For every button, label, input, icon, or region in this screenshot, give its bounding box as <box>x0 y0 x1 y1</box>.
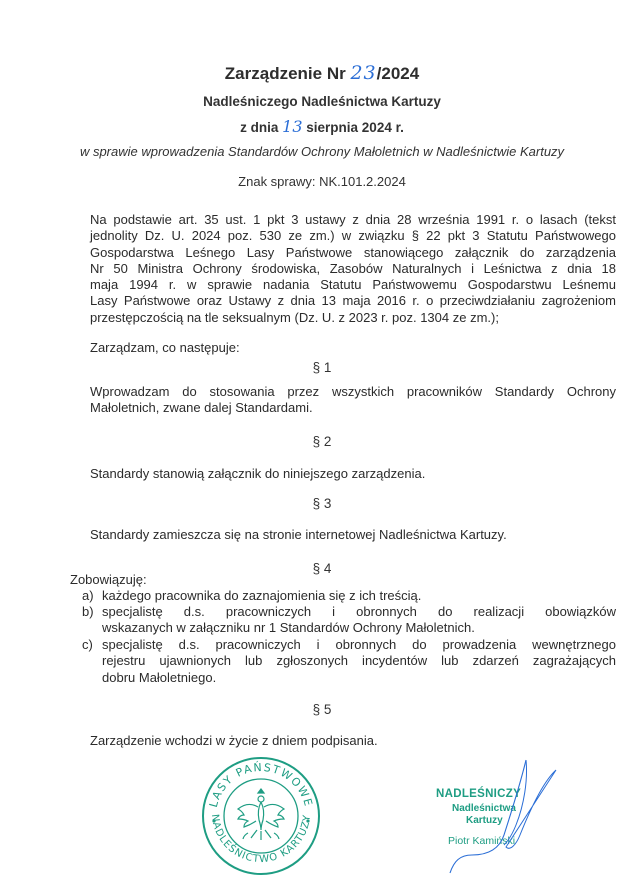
case-reference: Znak sprawy: NK.101.2.2024 <box>0 174 644 189</box>
basis-line: Na podstawie art. 35 ust. 1 pkt 3 ustawy… <box>90 212 616 228</box>
list-line: dobru Małoletniego. <box>102 670 616 686</box>
section-heading-3: § 3 <box>0 496 644 511</box>
list-line: rejestru ujawnionych lub zgłoszonych inc… <box>102 653 616 669</box>
section-line: Standardy stanowią załącznik do niniejsz… <box>90 466 616 482</box>
title-prefix: Zarządzenie Nr <box>225 64 346 83</box>
obligation-intro: Zobowiązuję: <box>70 572 147 587</box>
section-5-text: Zarządzenie wchodzi w życie z dniem podp… <box>90 733 378 748</box>
list-marker: a) <box>82 588 94 604</box>
basis-line: Lasy Państwowe oraz Ustawy z dnia 13 maj… <box>90 293 616 309</box>
official-round-stamp: LASY PAŃSTWOWE NADLEŚNICTWO KARTUZY <box>200 755 322 877</box>
basis-line: jednolity Dz. U. 2024 poz. 530 ze zm.) w… <box>90 228 616 244</box>
basis-line: Gospodarstwa Leśnego Lasy Państwowe stan… <box>90 245 616 261</box>
section-line: Małoletnich, zwane dalej Standardami. <box>90 400 616 416</box>
handwritten-order-number: 23 <box>350 62 376 84</box>
section-3-text: Standardy zamieszcza się na stronie inte… <box>90 527 616 543</box>
handwritten-signature <box>420 755 560 879</box>
section-heading-1: § 1 <box>0 360 644 375</box>
list-marker: c) <box>82 637 93 653</box>
section-heading-2: § 2 <box>0 434 644 449</box>
order-intro: Zarządzam, co następuje: <box>90 340 240 355</box>
section-2-text: Standardy stanowią załącznik do niniejsz… <box>90 466 616 482</box>
list-line: każdego pracownika do zaznajomienia się … <box>102 588 616 604</box>
section-line: Standardy zamieszcza się na stronie inte… <box>90 527 616 543</box>
order-subject: w sprawie wprowadzenia Standardów Ochron… <box>0 144 644 159</box>
list-line: wskazanych w załączniku nr 1 Standardów … <box>102 620 616 636</box>
list-line: specjalistę d.s. pracowniczych i obronny… <box>102 637 616 653</box>
issuer: Nadleśniczego Nadleśnictwa Kartuzy <box>0 94 644 109</box>
signature-block: NADLEŚNICZY Nadleśnictwa Kartuzy Piotr K… <box>420 755 560 879</box>
section-heading-5: § 5 <box>0 702 644 717</box>
title-suffix: /2024 <box>377 64 420 83</box>
basis-line: maja 1994 r. w sprawie nadania Statutu P… <box>90 277 616 293</box>
handwritten-day: 13 <box>282 117 302 136</box>
section-1-text: Wprowadzam do stosowania przez wszystkic… <box>90 384 616 417</box>
order-date: z dnia 13 sierpnia 2024 r. <box>0 117 644 136</box>
polish-eagle-icon <box>238 789 284 840</box>
date-suffix: sierpnia 2024 r. <box>306 120 404 135</box>
legal-basis-paragraph: Na podstawie art. 35 ust. 1 pkt 3 ustawy… <box>90 212 616 326</box>
basis-line: przestępczością na tle seksualnym (Dz. U… <box>90 310 616 326</box>
list-marker: b) <box>82 604 94 620</box>
section-line: Wprowadzam do stosowania przez wszystkic… <box>90 384 616 400</box>
date-prefix: z dnia <box>240 120 278 135</box>
document-title: Zarządzenie Nr 23/2024 <box>0 62 644 84</box>
list-line: specjalistę d.s. pracowniczych i obronny… <box>102 604 616 620</box>
basis-line: Nr 50 Ministra Ochrony środowiska, Zasob… <box>90 261 616 277</box>
